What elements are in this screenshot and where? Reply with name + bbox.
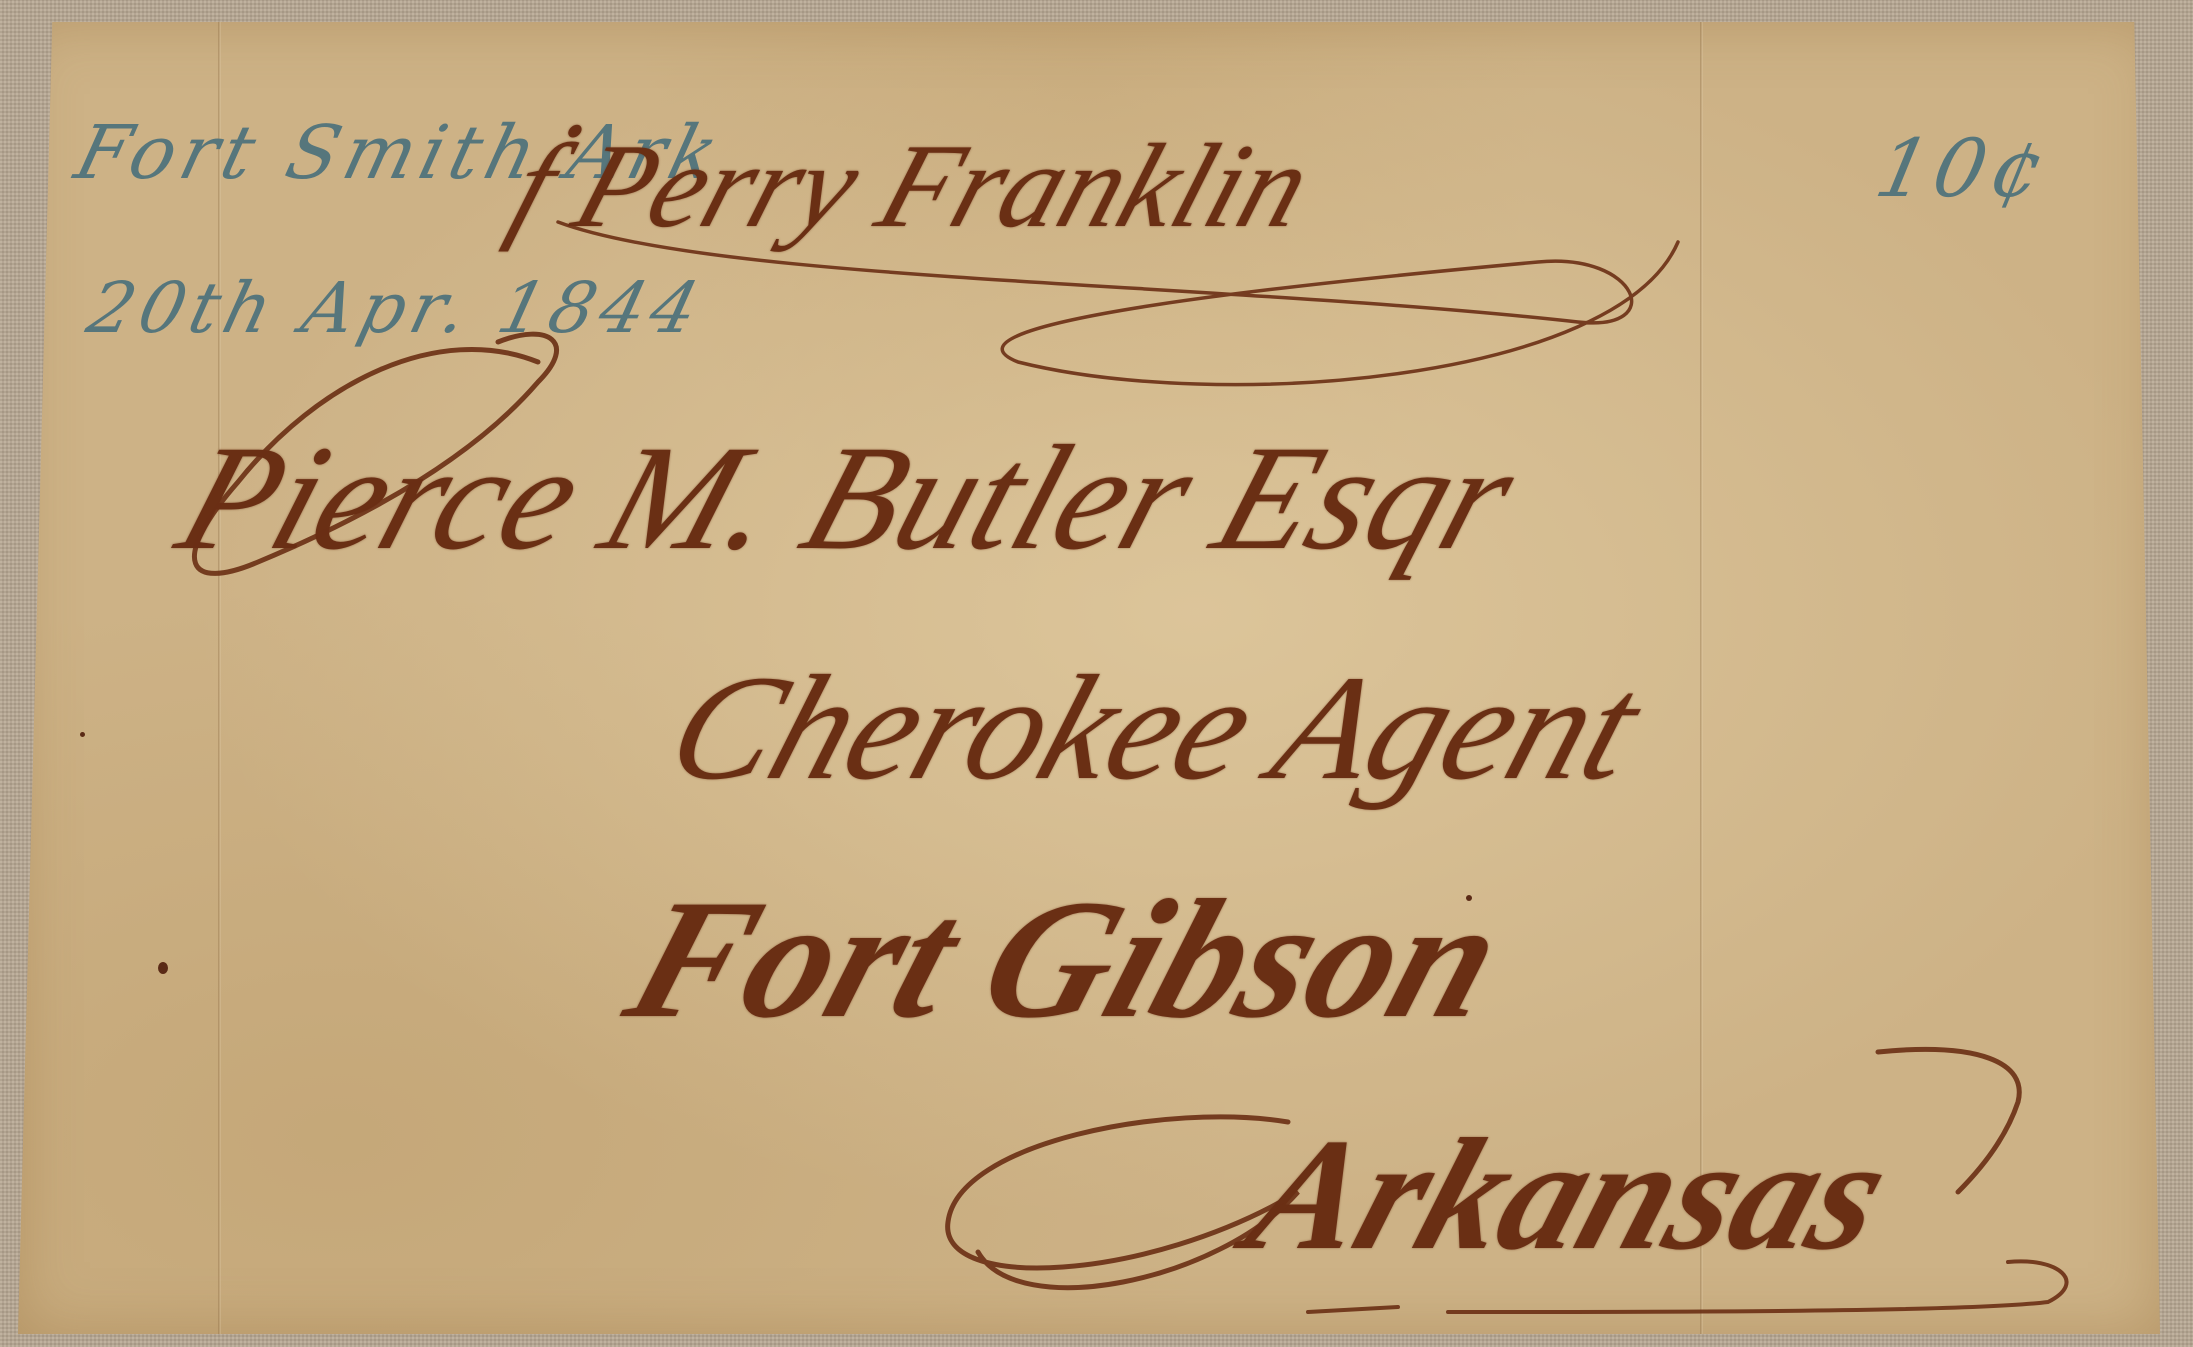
destination-state: Arkansas — [1228, 1102, 1911, 1287]
letter-cover: Fort Smith Ark 20th Apr. 1844 10¢ ḟ Perr… — [18, 22, 2160, 1334]
ink-spot — [80, 732, 85, 737]
recipient-title: Cherokee Agent — [650, 642, 1660, 814]
flap-edge — [18, 812, 28, 816]
free-frank-signature: ḟ Perry Franklin — [496, 117, 1327, 255]
recipient-name: Pierce M. Butler Esqr — [160, 412, 1535, 584]
ink-spot — [1466, 895, 1472, 901]
destination-place: Fort Gibson — [606, 862, 1524, 1057]
ink-spot — [158, 962, 168, 974]
postmark-date: 20th Apr. 1844 — [80, 267, 713, 349]
postage-rate: 10¢ — [1868, 122, 2058, 215]
left-fold-line — [218, 22, 221, 1334]
